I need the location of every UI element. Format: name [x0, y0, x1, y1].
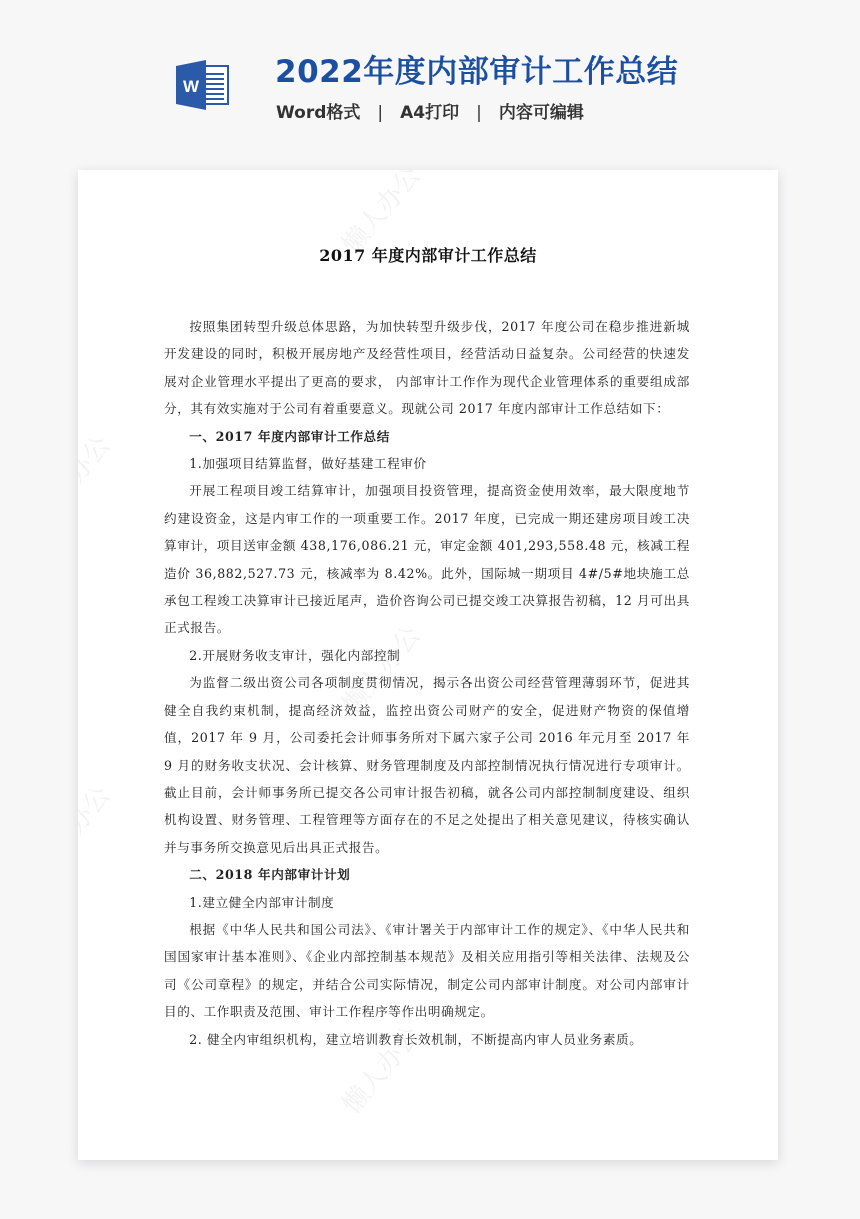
section-heading: 一、2017 年度内部审计工作总结	[164, 423, 690, 450]
feature-tags: Word格式|A4打印|内容可编辑	[276, 100, 584, 126]
svg-text:W: W	[183, 77, 200, 96]
page-title: 2022年度内部审计工作总结	[275, 52, 678, 92]
word-document-icon: W	[176, 60, 230, 110]
section-heading: 二、2018 年内部审计计划	[164, 861, 690, 888]
document-page: 懒人办公 懒人办公 懒人办公 懒人办公 懒人办公 懒人办公 懒人办公 2017 …	[78, 170, 778, 1160]
tag-separator: |	[377, 100, 383, 126]
body-paragraph: 根据《中华人民共和国公司法》、《审计署关于内部审计工作的规定》、《中华人民共和国…	[164, 916, 690, 1026]
subsection-heading: 2. 健全内审组织机构，建立培训教育长效机制，不断提高内审人员业务素质。	[164, 1026, 690, 1053]
tag-editable: 内容可编辑	[499, 103, 584, 123]
subsection-heading: 1.建立健全内部审计制度	[164, 889, 690, 916]
tag-print: A4打印	[400, 103, 459, 123]
subsection-heading: 1.加强项目结算监督，做好基建工程审价	[164, 450, 690, 477]
body-paragraph: 为监督二级出资公司各项制度贯彻情况，揭示各出资公司经营管理薄弱环节，促进其健全自…	[164, 669, 690, 861]
document-body: 按照集团转型升级总体思路，为加快转型升级步伐，2017 年度公司在稳步推进新城开…	[164, 313, 690, 1053]
tag-separator: |	[476, 100, 482, 126]
watermark: 懒人办公	[78, 427, 118, 530]
subsection-heading: 2.开展财务收支审计，强化内部控制	[164, 642, 690, 669]
intro-paragraph: 按照集团转型升级总体思路，为加快转型升级步伐，2017 年度公司在稳步推进新城开…	[164, 313, 690, 423]
tag-format: Word格式	[276, 103, 360, 123]
document-title: 2017 年度内部审计工作总结	[78, 243, 778, 266]
body-paragraph: 开展工程项目竣工结算审计，加强项目投资管理，提高资金使用效率，最大限度地节约建设…	[164, 477, 690, 641]
header: W 2022年度内部审计工作总结 Word格式|A4打印|内容可编辑	[0, 0, 860, 150]
watermark: 懒人办公	[78, 777, 118, 880]
